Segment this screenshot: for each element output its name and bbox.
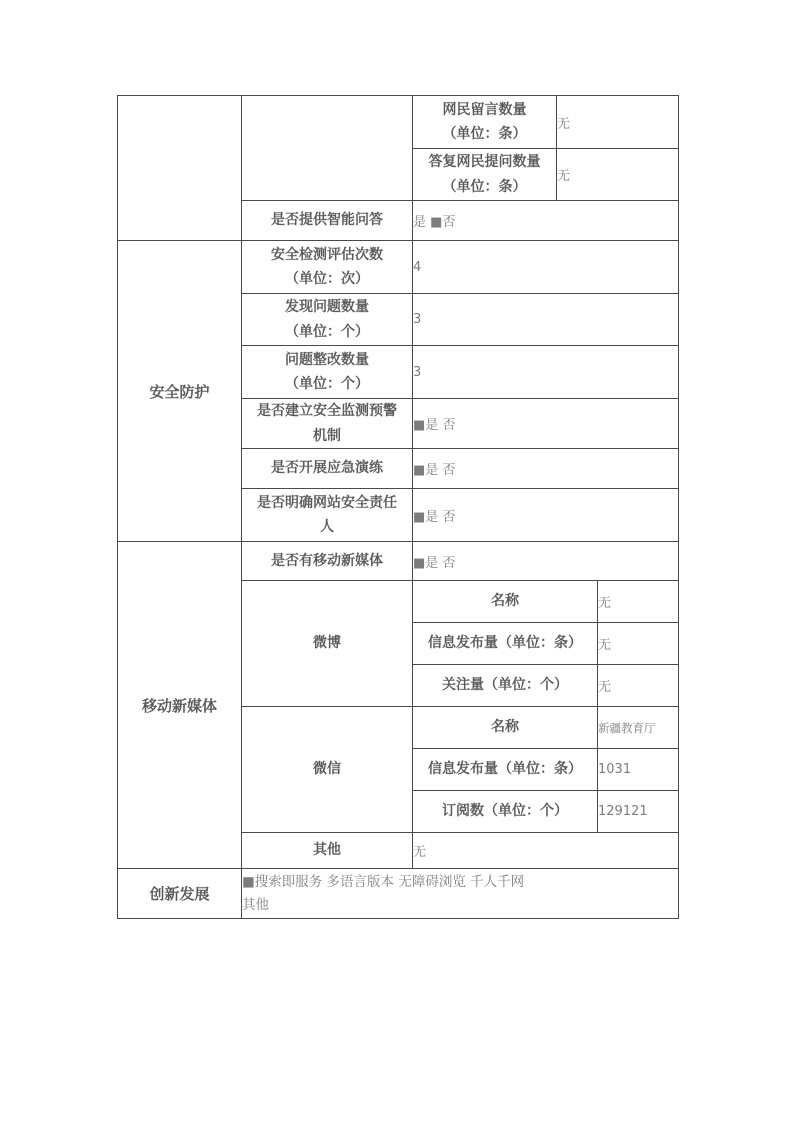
row-label-weibo-followers: 关注量（单位：个） bbox=[413, 665, 598, 707]
row-value-monitoring-mechanism: ■是 否 bbox=[413, 399, 679, 449]
row-label-problems-found: 发现问题数量 （单位：个） bbox=[242, 294, 413, 346]
row-value-smart-qa: 是 ■否 bbox=[413, 201, 679, 241]
label-line-1: 问题整改数量 bbox=[242, 348, 412, 373]
label-line-2: （单位：个） bbox=[242, 320, 412, 345]
row-value-wechat-posts: 1031 bbox=[598, 749, 679, 791]
row-label-netizen-messages: 网民留言数量 （单位：条） bbox=[413, 96, 557, 149]
row-label-security-officer: 是否明确网站安全责任 人 bbox=[242, 489, 413, 542]
row-label-smart-qa: 是否提供智能问答 bbox=[242, 201, 413, 241]
label-line-1: 是否建立安全监测预警 bbox=[242, 399, 412, 424]
row-value-weibo-posts: 无 bbox=[598, 623, 679, 665]
label-line-1: 是否明确网站安全责任 bbox=[242, 491, 412, 516]
row-label-monitoring-mechanism: 是否建立安全监测预警 机制 bbox=[242, 399, 413, 449]
label-line-2: （单位：条） bbox=[413, 122, 556, 147]
row-value-wechat-subscribers: 129121 bbox=[598, 791, 679, 833]
sublabel-cell-continued bbox=[242, 96, 413, 201]
row-label-other-media: 其他 bbox=[242, 833, 413, 869]
label-line-1: 网民留言数量 bbox=[413, 98, 556, 123]
label-line-2: 人 bbox=[242, 515, 412, 540]
row-value-emergency-drill: ■是 否 bbox=[413, 449, 679, 489]
report-table: 网民留言数量 （单位：条） 无 答复网民提问数量 （单位：条） 无 是否提供智能… bbox=[117, 95, 679, 919]
section-label-innovation: 创新发展 bbox=[118, 869, 242, 919]
group-label-weibo: 微博 bbox=[242, 581, 413, 707]
row-value-problems-found: 3 bbox=[413, 294, 679, 346]
row-value-other-media: 无 bbox=[413, 833, 679, 869]
row-label-emergency-drill: 是否开展应急演练 bbox=[242, 449, 413, 489]
label-line-1: 发现问题数量 bbox=[242, 295, 412, 320]
row-label-replies: 答复网民提问数量 （单位：条） bbox=[413, 149, 557, 201]
row-value-innovation: ■搜索即服务 多语言版本 无障碍浏览 千人千网 其他 bbox=[242, 869, 679, 919]
label-line-1: 安全检测评估次数 bbox=[242, 243, 412, 268]
section-cell-continued bbox=[118, 96, 242, 241]
row-label-problems-fixed: 问题整改数量 （单位：个） bbox=[242, 346, 413, 399]
row-label-wechat-posts: 信息发布量（单位：条） bbox=[413, 749, 598, 791]
row-label-wechat-subscribers: 订阅数（单位：个） bbox=[413, 791, 598, 833]
row-value-problems-fixed: 3 bbox=[413, 346, 679, 399]
innovation-other-line: 其他 bbox=[242, 894, 678, 916]
section-label-security: 安全防护 bbox=[118, 241, 242, 542]
row-value-weibo-followers: 无 bbox=[598, 665, 679, 707]
row-value-security-checks: 4 bbox=[413, 241, 679, 294]
document-page: 网民留言数量 （单位：条） 无 答复网民提问数量 （单位：条） 无 是否提供智能… bbox=[0, 0, 793, 1122]
row-label-weibo-name: 名称 bbox=[413, 581, 598, 623]
row-label-wechat-name: 名称 bbox=[413, 707, 598, 749]
innovation-options-line: ■搜索即服务 多语言版本 无障碍浏览 千人千网 bbox=[242, 871, 678, 893]
row-value-has-mobile-media: ■是 否 bbox=[413, 542, 679, 581]
row-label-has-mobile-media: 是否有移动新媒体 bbox=[242, 542, 413, 581]
row-value-weibo-name: 无 bbox=[598, 581, 679, 623]
label-line-2: （单位：次） bbox=[242, 267, 412, 292]
row-value-replies: 无 bbox=[557, 149, 679, 201]
label-line-1: 答复网民提问数量 bbox=[413, 150, 556, 175]
row-label-security-checks: 安全检测评估次数 （单位：次） bbox=[242, 241, 413, 294]
row-value-security-officer: ■是 否 bbox=[413, 489, 679, 542]
row-value-netizen-messages: 无 bbox=[557, 96, 679, 149]
group-label-wechat: 微信 bbox=[242, 707, 413, 833]
label-line-2: 机制 bbox=[242, 424, 412, 449]
row-label-weibo-posts: 信息发布量（单位：条） bbox=[413, 623, 598, 665]
row-value-wechat-name: 新疆教育厅 bbox=[598, 707, 679, 749]
label-line-2: （单位：条） bbox=[413, 175, 556, 200]
section-label-mobile-media: 移动新媒体 bbox=[118, 542, 242, 869]
label-line-2: （单位：个） bbox=[242, 372, 412, 397]
